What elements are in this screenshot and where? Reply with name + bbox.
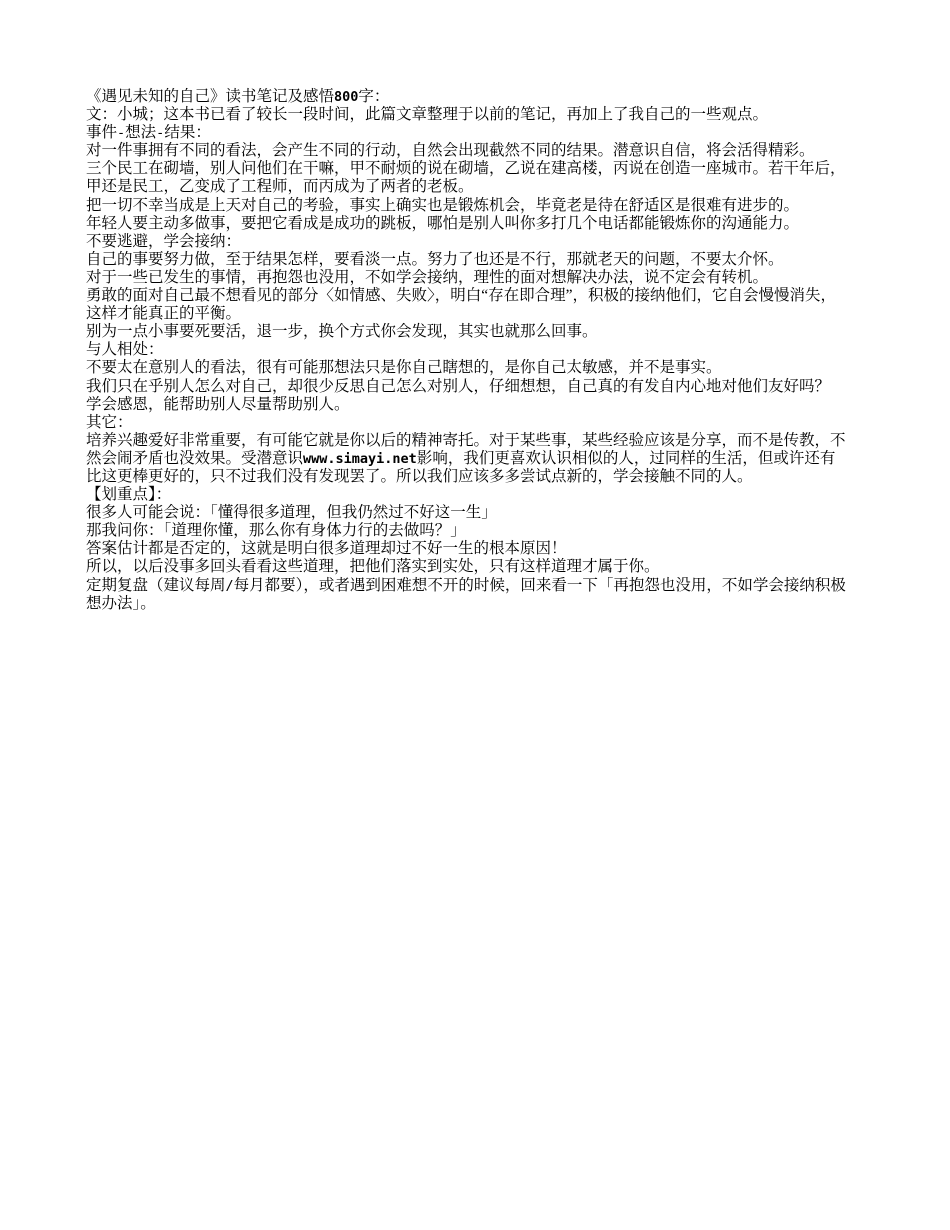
paragraph: 所以，以后没事多回头看看这些道理，把他们落实到实处，只有这样道理才属于你。 — [86, 558, 950, 576]
text-run: 培养兴趣爱好非常重要，有可能它就是你以后的精神寄托。对于某些事，某些经验应该是分… — [86, 432, 846, 449]
text-run: 每月都要），或者遇到困难想不开的时候，回来看一下「再抱怨也没用，不如学会接纳积极 — [234, 577, 846, 594]
text-run: 自己的事要努力做，至于结果怎样，要看淡一点。努力了也还是不行，那就老天的问题，不… — [86, 251, 784, 268]
text-run: - — [117, 125, 125, 141]
text-run: 不要太在意别人的看法，很有可能那想法只是你自己瞎想的，是你自己太敏感，并不是事实… — [86, 359, 722, 376]
text-run: 其它： — [86, 414, 133, 431]
text-run: 影响，我们更喜欢认识相似的人，过同样的生活，但或许还有 — [417, 450, 836, 467]
text-run: 然会闹矛盾也没效果。受潜意识 — [86, 450, 303, 467]
paragraph: 答案估计都是否定的，这就是明白很多道理却过不好一生的根本原因！ — [86, 540, 950, 558]
text-run: 不要逃避，学会接纳： — [86, 233, 241, 250]
text-run: 学会感恩，能帮助别人尽量帮助别人。 — [86, 396, 350, 413]
text-run: 《遇见未知的自己》读书笔记及感悟 — [86, 88, 334, 105]
paragraph: 我们只在乎别人怎么对自己，却很少反思自己怎么对别人，仔细想想，自己真的有发自内心… — [86, 378, 950, 396]
paragraph: 把一切不幸当成是上天对自己的考验，事实上确实也是锻炼机会，毕竟老是待在舒适区是很… — [86, 197, 950, 215]
paragraph: 很多人可能会说：「懂得很多道理，但我仍然过不好这一生」 — [86, 504, 950, 522]
paragraph: 那我问你：「道理你懂，那么你有身体力行的去做吗？」 — [86, 522, 950, 540]
text-run: / — [226, 578, 234, 594]
section-heading: 不要逃避，学会接纳： — [86, 233, 950, 251]
text-run: 【划重点】： — [86, 486, 171, 503]
text-run: 想法 — [125, 124, 156, 141]
paragraph: 不要太在意别人的看法，很有可能那想法只是你自己瞎想的，是你自己太敏感，并不是事实… — [86, 359, 950, 377]
text-run: 想办法」。 — [86, 595, 156, 612]
byline: 文：小城；这本书已看了较长一段时间，此篇文章整理于以前的笔记，再加上了我自己的一… — [86, 106, 950, 124]
paragraph: 年轻人要主动多做事，要把它看成是成功的跳板，哪怕是别人叫你多打几个电话都能锻炼你… — [86, 215, 950, 233]
word-count-number: 800 — [334, 89, 358, 105]
paragraph: 三个民工在砌墙，别人问他们在干嘛，甲不耐烦的说在砌墙，乙说在建高楼，丙说在创造一… — [86, 160, 950, 196]
text-run: 结果： — [164, 124, 211, 141]
paragraph: 自己的事要努力做，至于结果怎样，要看淡一点。努力了也还是不行，那就老天的问题，不… — [86, 251, 950, 269]
paragraph: 别为一点小事要死要活，退一步，换个方式你会发现，其实也就那么回事。 — [86, 323, 950, 341]
doc-title: 《遇见未知的自己》读书笔记及感悟800字： — [86, 88, 950, 106]
paragraph: 对一件事拥有不同的看法，会产生不同的行动，自然会出现截然不同的结果。潜意识自信，… — [86, 142, 950, 160]
text-run: 与人相处： — [86, 341, 164, 358]
text-run: 对于一些已发生的事情，再抱怨也没用，不如学会接纳，理性的面对想解决办法，说不定会… — [86, 269, 768, 286]
paragraph: 定期复盘（建议每周/每月都要），或者遇到困难想不开的时候，回来看一下「再抱怨也没… — [86, 577, 950, 613]
url-text: www.simayi.net — [303, 451, 417, 467]
text-run: 这样才能真正的平衡。 — [86, 305, 241, 322]
section-heading: 其它： — [86, 414, 950, 432]
paragraph: 对于一些已发生的事情，再抱怨也没用，不如学会接纳，理性的面对想解决办法，说不定会… — [86, 269, 950, 287]
text-run: 年轻人要主动多做事，要把它看成是成功的跳板，哪怕是别人叫你多打几个电话都能锻炼你… — [86, 215, 799, 232]
text-run: 事件 — [86, 124, 117, 141]
text-run: 别为一点小事要死要活，退一步，换个方式你会发现，其实也就那么回事。 — [86, 323, 598, 340]
text-run: 对一件事拥有不同的看法，会产生不同的行动，自然会出现截然不同的结果。潜意识自信，… — [86, 142, 815, 159]
text-run: 字： — [358, 88, 389, 105]
text-run: 那我问你：「道理你懂，那么你有身体力行的去做吗？」 — [86, 522, 466, 539]
text-run: 三个民工在砌墙，别人问他们在干嘛，甲不耐烦的说在砌墙，乙说在建高楼，丙说在创造一… — [86, 160, 846, 177]
paragraph: 学会感恩，能帮助别人尽量帮助别人。 — [86, 396, 950, 414]
section-heading: 与人相处： — [86, 341, 950, 359]
text-run: 比这更棒更好的，只不过我们没有发现罢了。所以我们应该多多尝试点新的，学会接触不同… — [86, 468, 753, 485]
text-run: 很多人可能会说：「懂得很多道理，但我仍然过不好这一生」 — [86, 504, 497, 521]
text-run: 甲还是民工，乙变成了工程师，而丙成为了两者的老板。 — [86, 178, 474, 195]
paragraph: 培养兴趣爱好非常重要，有可能它就是你以后的精神寄托。对于某些事，某些经验应该是分… — [86, 432, 950, 486]
paragraph: 勇敢的面对自己最不想看见的部分〈如情感、失败〉，明白“存在即合理”，积极的接纳他… — [86, 287, 950, 323]
text-run: 我们只在乎别人怎么对自己，却很少反思自己怎么对别人，仔细想想，自己真的有发自内心… — [86, 378, 830, 395]
document-body: 《遇见未知的自己》读书笔记及感悟800字：文：小城；这本书已看了较长一段时间，此… — [86, 88, 950, 613]
text-run: 把一切不幸当成是上天对自己的考验，事实上确实也是锻炼机会，毕竟老是待在舒适区是很… — [86, 197, 799, 214]
text-run: 定期复盘（建议每周 — [86, 577, 226, 594]
section-heading: 【划重点】： — [86, 486, 950, 504]
text-run: 勇敢的面对自己最不想看见的部分〈如情感、失败〉，明白“存在即合理”，积极的接纳他… — [86, 287, 836, 304]
text-run: 所以，以后没事多回头看看这些道理，把他们落实到实处，只有这样道理才属于你。 — [86, 558, 660, 575]
text-run: 文：小城；这本书已看了较长一段时间，此篇文章整理于以前的笔记，再加上了我自己的一… — [86, 106, 768, 123]
text-run: 答案估计都是否定的，这就是明白很多道理却过不好一生的根本原因！ — [86, 540, 567, 557]
section-heading: 事件-想法-结果： — [86, 124, 950, 142]
